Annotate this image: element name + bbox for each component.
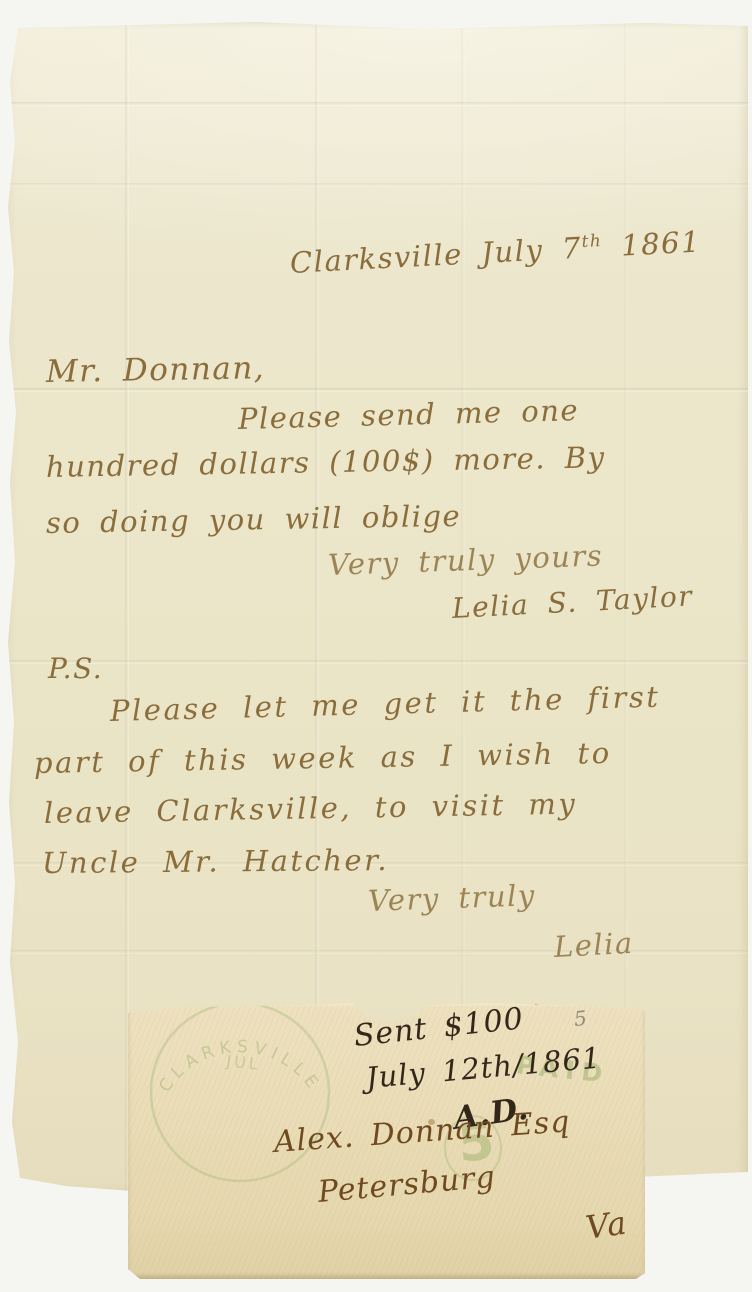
letter-body-line-3: so doing you will oblige <box>46 499 462 540</box>
letter-dateline: Clarksville July 7th 1861 <box>289 224 702 279</box>
letter-signature: Lelia S. Taylor <box>451 579 694 625</box>
letter-ps-line-1: Please let me get it the first <box>110 680 661 728</box>
docket-date-day: July 12 <box>365 1051 483 1095</box>
fold-crease-horizontal-4 <box>6 660 748 664</box>
stain-speck <box>428 1119 435 1125</box>
docket-date-ordinal: th <box>479 1048 514 1085</box>
letter-closing: Very truly yours <box>327 538 603 582</box>
dateline-ordinal: th <box>581 230 603 251</box>
fold-crease-horizontal-2 <box>6 183 748 187</box>
letter-ps-line-4: Uncle Mr. Hatcher. <box>42 843 389 880</box>
letter-ps-label: P.S. <box>48 652 103 685</box>
clarksville-postmark: CLARKSVILLE JUL <box>130 982 354 1206</box>
postmark-month-text: JUL <box>225 1051 262 1074</box>
letter-ps-line-3: leave Clarksville, to visit my <box>44 787 578 830</box>
fold-crease-horizontal-1 <box>6 102 748 106</box>
letter-body-line-1: Please send me one <box>238 393 580 436</box>
dateline-place-date: Clarksville July 7 <box>289 231 583 280</box>
letter-ps-closing: Very truly <box>367 878 536 918</box>
letter-ps-signature: Lelia <box>553 926 634 964</box>
fold-crease-horizontal-6 <box>6 950 748 954</box>
pencil-note-number: 5 <box>573 1006 589 1031</box>
address-line-3: Va <box>583 1203 629 1246</box>
envelope: CLARKSVILLE JUL PAID 5 B Dm 5 Sent $100 … <box>128 1003 645 1279</box>
letter-salutation: Mr. Donnan, <box>46 350 266 390</box>
letter-body-line-2: hundred dollars (100$) more. By <box>46 440 606 484</box>
dateline-year: 1861 <box>602 224 702 263</box>
letter-ps-line-2: part of this week as I wish to <box>34 736 612 780</box>
